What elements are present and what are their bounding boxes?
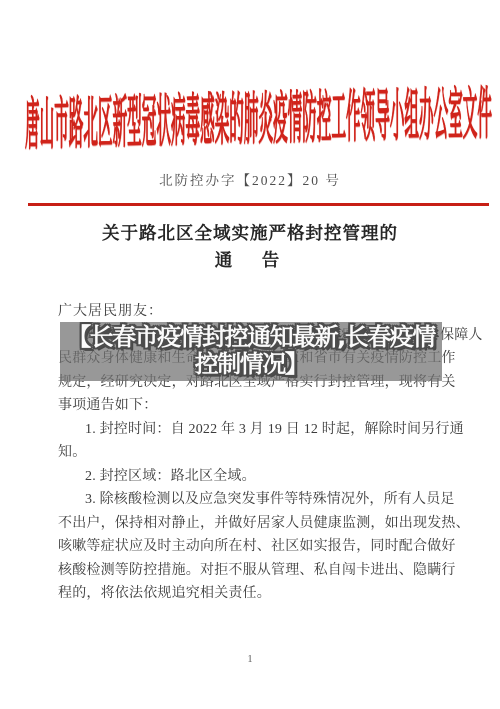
watermark-line2: 控制情况】	[60, 351, 442, 378]
document-page: 唐山市路北区新型冠状病毒感染的肺炎疫情防控工作领导小组办公室文件 北防控办字【2…	[0, 0, 500, 709]
body-line: 不出户，保持相对静止，并做好居家人员健康监测，如出现发热、	[58, 512, 458, 536]
letterhead-banner-title: 唐山市路北区新型冠状病毒感染的肺炎疫情防控工作领导小组办公室文件	[25, 83, 492, 158]
body-line: 核酸检测等防控措施。对拒不服从管理、私自闯卡进出、隐瞒行	[58, 559, 458, 583]
red-divider-rule	[28, 203, 489, 206]
page-number: 1	[0, 653, 500, 667]
watermark-overlay: 【长春市疫情封控通知最新,长春疫情 控制情况】	[60, 322, 442, 381]
doc-title-line1: 关于路北区全域实施严格封控管理的	[0, 221, 500, 245]
body-line: 程的，将依法依规追究相关责任。	[58, 582, 458, 606]
doc-number: 北防控办字【2022】20 号	[0, 171, 500, 191]
salutation: 广大居民朋友：	[58, 300, 458, 324]
body-line: 咳嗽等症状应及时主动向所在村、社区如实报告，同时配合做好	[58, 535, 458, 559]
body-line-item-3: 3. 除核酸检测以及应急突发事件等特殊情况外，所有人员足	[58, 488, 458, 512]
body-line: 知。	[58, 441, 458, 465]
body-line: 事项通告如下：	[58, 394, 458, 418]
watermark-line1: 【长春市疫情封控通知最新,长春疫情	[60, 324, 442, 351]
letterhead-banner: 唐山市路北区新型冠状病毒感染的肺炎疫情防控工作领导小组办公室文件	[25, 94, 492, 160]
body-line-item-1: 1. 封控时间：自 2022 年 3 月 19 日 12 时起，解除时间另行通	[58, 418, 458, 442]
doc-title-line2: 通 告	[0, 248, 500, 272]
body-line-item-2: 2. 封控区域：路北区全域。	[58, 465, 458, 489]
